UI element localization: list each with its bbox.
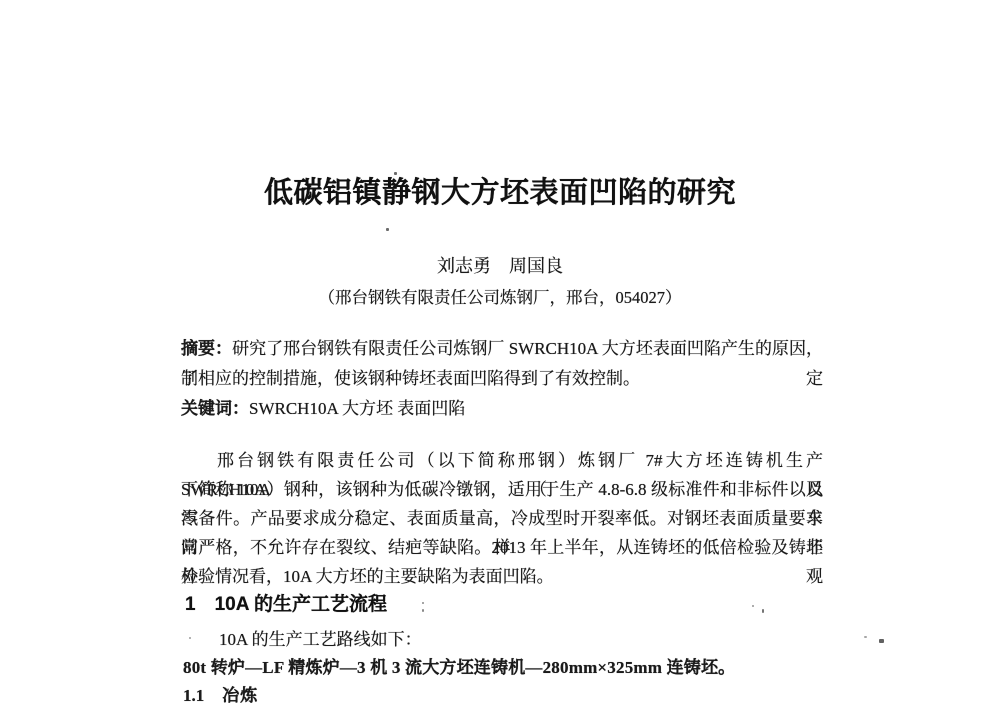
process-route: 80t 转炉—LF 精炼炉—3 机 3 流大方坯连铸机—280mm×325mm … bbox=[183, 657, 735, 679]
scan-speck bbox=[189, 637, 191, 639]
abstract-block: 摘要：研究了邢台钢铁有限责任公司炼钢厂 SWRCH10A 大方坯表面凹陷产生的原… bbox=[181, 334, 823, 424]
subsection-title: 冶炼 bbox=[222, 686, 258, 703]
keywords-label: 关键词： bbox=[181, 399, 249, 418]
abstract-line-1: 摘要：研究了邢台钢铁有限责任公司炼钢厂 SWRCH10A 大方坯表面凹陷产生的原… bbox=[181, 334, 823, 364]
intro-paragraph: 邢台钢铁有限责任公司（以下简称邢钢）炼钢厂 7#大方坯连铸机生产 SWRCH10… bbox=[181, 446, 823, 591]
scan-speck bbox=[422, 609, 424, 612]
keywords-text: SWRCH10A 大方坯 表面凹陷 bbox=[249, 399, 465, 418]
affiliation: （邢台钢铁有限责任公司炼钢厂，邢台，054027） bbox=[0, 287, 1000, 309]
scan-speck bbox=[422, 602, 424, 604]
scan-speck bbox=[864, 636, 867, 638]
author-names: 刘志勇 周国良 bbox=[0, 255, 1000, 277]
scan-speck bbox=[752, 605, 754, 607]
keywords-line: 关键词：SWRCH10A 大方坯 表面凹陷 bbox=[181, 394, 823, 424]
scan-speck bbox=[879, 639, 884, 643]
scan-speck bbox=[762, 609, 764, 613]
body-text-line: 零备件。产品要求成分稳定、表面质量高，冷成型时开裂率低。对钢坯表面质量要求同样非 bbox=[181, 504, 823, 533]
body-text-line: 常严格，不允许存在裂纹、结疤等缺陷。2013 年上半年，从连铸坯的低倍检验及铸坯… bbox=[181, 533, 823, 562]
process-route-intro: 10A 的生产工艺路线如下： bbox=[219, 629, 422, 651]
scan-speck bbox=[386, 228, 389, 231]
page-title: 低碳铝镇静钢大方坯表面凹陷的研究 bbox=[0, 175, 1000, 211]
scanned-paper-page: 低碳铝镇静钢大方坯表面凹陷的研究 刘志勇 周国良 （邢台钢铁有限责任公司炼钢厂，… bbox=[0, 0, 1000, 703]
section-heading-1: 1 10A 的生产工艺流程 bbox=[185, 592, 387, 617]
subsection-number: 1.1 bbox=[183, 686, 204, 703]
subsection-heading-1-1: 1.1冶炼 bbox=[183, 685, 258, 703]
body-text-line: 邢台钢铁有限责任公司（以下简称邢钢）炼钢厂 7#大方坯连铸机生产 SWRCH10… bbox=[181, 446, 823, 475]
scan-speck bbox=[394, 172, 397, 175]
body-text-line: 下简称 10A）钢种，该钢种为低碳冷镦钢，适用于生产 4.8-6.8 级标准件和… bbox=[181, 475, 823, 504]
abstract-label: 摘要： bbox=[181, 339, 232, 358]
